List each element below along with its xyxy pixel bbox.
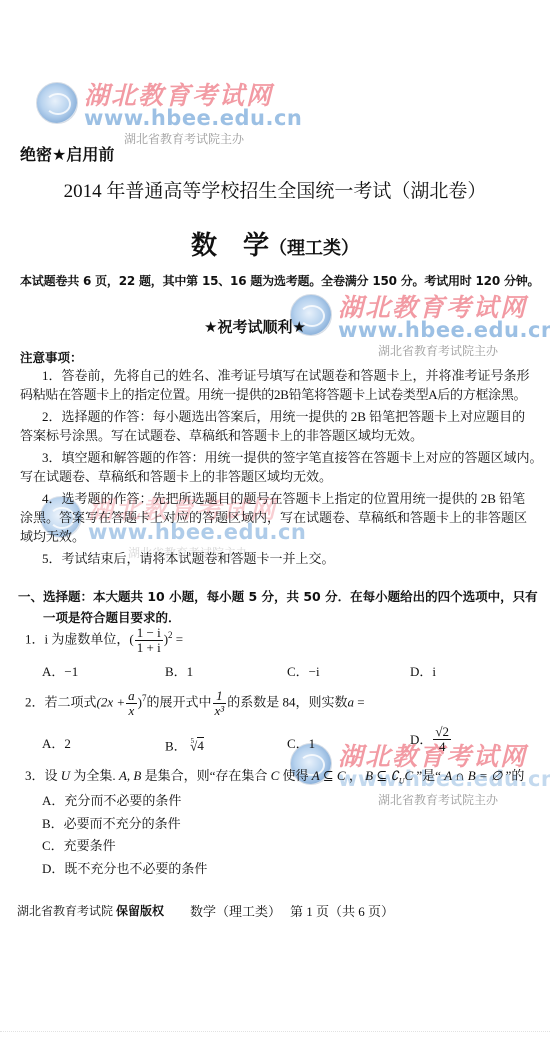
question-2-options: A．2 B．5√4 C．1 D．√24 bbox=[42, 725, 522, 765]
footer-subject: 数学（理工类） bbox=[190, 901, 281, 920]
footer-rights: 保留版权 bbox=[116, 904, 164, 918]
question-2: 2．若二项式(2x +ax)7的展开式中1x³的系数是 84，则实数a = bbox=[25, 689, 365, 718]
notes-list: 1．答卷前，先将自己的姓名、准考证号填写在试题卷和答题卡上，并将准考证号条形 码… bbox=[20, 366, 540, 568]
watermark-top: 湖北教育考试网 www.hbee.edu.cn 湖北省教育考试院主办 bbox=[36, 76, 266, 146]
footer-org: 湖北省教育考试院 bbox=[17, 904, 113, 918]
subject-type: （理工类） bbox=[269, 238, 359, 259]
watermark-sponsor: 湖北省教育考试院主办 bbox=[378, 342, 498, 359]
option-b[interactable]: B．1 bbox=[165, 662, 193, 681]
section-heading: 一、选择题：本大题共 10 小题，每小题 5 分，共 50 分．在每小题给出的四… bbox=[18, 586, 538, 628]
watermark-site-name: 湖北教育考试网 bbox=[84, 76, 273, 112]
option-c[interactable]: C．−i bbox=[287, 662, 320, 681]
fraction: ax bbox=[126, 689, 137, 718]
option-d[interactable]: D．√24 bbox=[410, 725, 452, 754]
subject-name: 数 学 bbox=[191, 231, 269, 261]
good-luck-banner: ★祝考试顺利★ bbox=[204, 316, 306, 337]
option-b[interactable]: B．必要而不充分的条件 bbox=[42, 813, 207, 836]
option-c[interactable]: C．充要条件 bbox=[42, 835, 207, 858]
note-item-4: 4．选考题的作答：先把所选题目的题号在答题卡上指定的位置用统一提供的 2B 铅笔… bbox=[20, 489, 540, 546]
watermark-url: www.hbee.edu.cn bbox=[338, 318, 550, 342]
question-3-options: A．充分而不必要的条件 B．必要而不充分的条件 C．充要条件 D．既不充分也不必… bbox=[42, 790, 207, 880]
watermark-sponsor: 湖北省教育考试院主办 bbox=[378, 791, 498, 808]
note-item-1: 1．答卷前，先将自己的姓名、准考证号填写在试题卷和答题卡上，并将准考证号条形 码… bbox=[20, 366, 540, 404]
watermark-middle: 湖北教育考试网 www.hbee.edu.cn 湖北省教育考试院主办 bbox=[290, 288, 520, 358]
question-3: 3．设 U 为全集. A, B 是集合，则“存在集合 C 使得 A ⊆ C ， … bbox=[25, 766, 524, 791]
note-item-5: 5．考试结束后，请将本试题卷和答题卡一并上交。 bbox=[20, 549, 540, 568]
watermark-url: www.hbee.edu.cn bbox=[84, 106, 302, 130]
option-a[interactable]: A．−1 bbox=[42, 662, 78, 681]
watermark-sponsor: 湖北省教育考试院主办 bbox=[124, 130, 244, 147]
formula-open: ( bbox=[129, 631, 133, 646]
scan-edge-divider bbox=[0, 1031, 550, 1032]
option-a[interactable]: A．2 bbox=[42, 734, 71, 753]
option-c[interactable]: C．1 bbox=[287, 734, 315, 753]
question-1: 1．i 为虚数单位，(1 − i1 + i)2 = bbox=[25, 626, 183, 655]
question-stem: i 为虚数单位， bbox=[45, 631, 130, 646]
page-footer: 湖北省教育考试院 保留版权 bbox=[17, 902, 164, 919]
question-number: 3． bbox=[25, 768, 45, 783]
fraction: 1x³ bbox=[213, 689, 227, 718]
exam-title: 2014 年普通高等学校招生全国统一考试（湖北卷） bbox=[0, 176, 550, 203]
note-item-2: 2．选择题的作答：每小题选出答案后，用统一提供的 2B 铅笔把答题卡上对应题目的… bbox=[20, 407, 540, 445]
exam-summary: 本试题卷共 6 页，22 题，其中第 15、16 题为选考题。全卷满分 150 … bbox=[20, 272, 539, 289]
question-number: 2． bbox=[25, 694, 45, 709]
footer-page-number: 第 1 页（共 6 页） bbox=[290, 901, 394, 920]
fraction: 1 − i1 + i bbox=[135, 626, 163, 655]
option-d[interactable]: D．i bbox=[410, 662, 436, 681]
subject-title: 数 学（理工类） bbox=[0, 225, 550, 262]
option-d[interactable]: D．既不充分也不必要的条件 bbox=[42, 858, 207, 881]
option-b[interactable]: B．5√4 bbox=[165, 734, 204, 755]
exam-authority-logo-icon bbox=[36, 82, 78, 124]
question-number: 1． bbox=[25, 631, 45, 646]
note-item-3: 3．填空题和解答题的作答：用统一提供的签字笔直接答在答题卡上对应的答题区域内。 … bbox=[20, 448, 540, 486]
option-a[interactable]: A．充分而不必要的条件 bbox=[42, 790, 207, 813]
watermark-site-name: 湖北教育考试网 bbox=[338, 288, 527, 324]
notes-title: 注意事项： bbox=[20, 348, 83, 366]
classification-label: 绝密★启用前 bbox=[20, 142, 114, 165]
